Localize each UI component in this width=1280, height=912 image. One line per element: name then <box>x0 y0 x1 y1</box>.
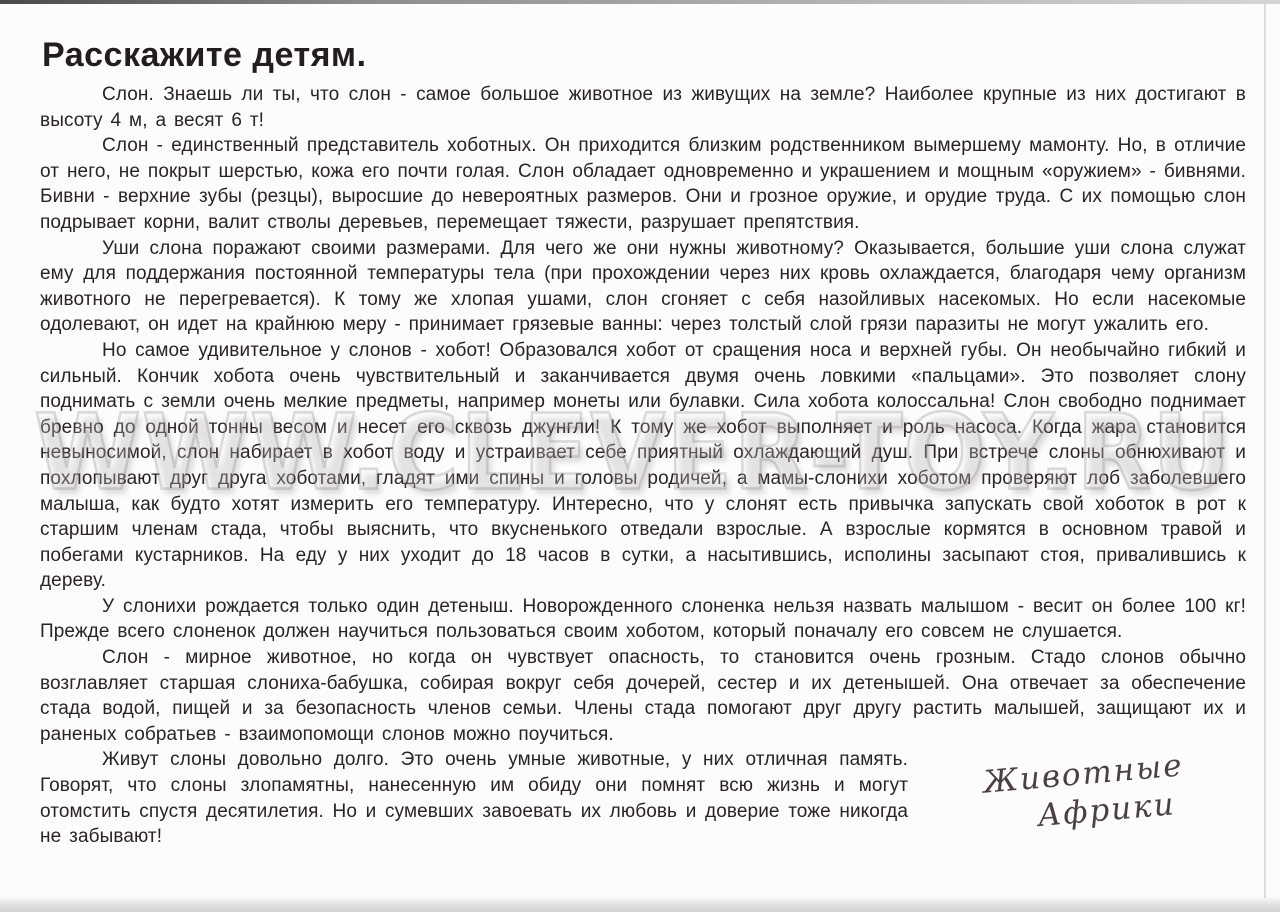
paragraph-tusks: Слон - единственный представитель хоботн… <box>40 133 1246 235</box>
paragraph-ears: Уши слона поражают своими размерами. Для… <box>40 236 1246 338</box>
series-signature-script: Животные Африки <box>952 744 1218 842</box>
page-title: Расскажите детям. <box>42 36 1246 75</box>
scan-bottom-edge <box>0 896 1280 912</box>
paragraph-intro: Слон. Знаешь ли ты, что слон - самое бол… <box>40 82 1246 133</box>
paragraph-calf: У слонихи рождается только один детеныш.… <box>40 594 1246 645</box>
paragraph-herd: Слон - мирное животное, но когда он чувс… <box>40 645 1246 747</box>
scan-top-edge <box>0 0 1280 4</box>
scanned-page: WWW.CLEVER-TOY.RU Расскажите детям. Слон… <box>0 0 1280 912</box>
last-paragraph-row: Живут слоны довольно долго. Это очень ум… <box>0 747 1280 849</box>
paragraph-memory: Живут слоны довольно долго. Это очень ум… <box>40 747 908 849</box>
paragraph-trunk: Но самое удивительное у слонов - хобот! … <box>40 338 1246 594</box>
article: Расскажите детям. Слон. Знаешь ли ты, чт… <box>0 36 1280 850</box>
